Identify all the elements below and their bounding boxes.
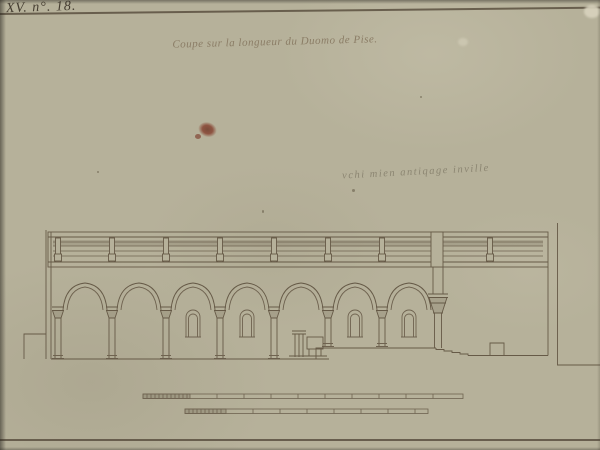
column-bases [52, 344, 388, 359]
scan-edge-left [0, 0, 6, 450]
window [401, 310, 417, 337]
window [185, 310, 201, 337]
paper-speck [97, 171, 99, 173]
floor-block [490, 343, 504, 356]
paper-speck [262, 210, 264, 213]
pointed-arch-inner [67, 287, 103, 310]
section-drawing [0, 0, 600, 450]
roof-structure [48, 232, 548, 267]
upper-scale-bar [143, 394, 463, 399]
right-wall [548, 223, 600, 365]
window [347, 310, 363, 337]
pointed-arch-inner [175, 287, 211, 310]
ink-stain-tail [195, 134, 201, 139]
column-shafts [55, 318, 385, 359]
paper-speck [352, 189, 355, 192]
outer-wall-line [558, 223, 600, 365]
chancel-steps [436, 348, 468, 356]
paper-speck [420, 96, 422, 98]
left-wall [24, 230, 51, 359]
floor-lines [51, 343, 548, 359]
scan-edge-top [0, 0, 600, 4]
pointed-arch-inner [391, 287, 427, 310]
window [239, 310, 255, 337]
lower-scale-bar [185, 409, 428, 414]
column-capitals [52, 307, 388, 318]
pointed-arch-inner [283, 287, 319, 310]
bottom-border-rule [0, 439, 600, 441]
arcade-columns [52, 307, 388, 359]
arcade-arches [63, 283, 431, 310]
altar [287, 331, 329, 359]
right-pier [428, 232, 448, 348]
pointed-arch-inner [337, 287, 373, 310]
paper-light-spot [458, 38, 468, 46]
scanned-drawing-sheet: { "sheet": { "catalog_number": "XV. n°. … [0, 0, 600, 450]
chancel-platform [316, 348, 436, 359]
pointed-arch-inner [121, 287, 157, 310]
pointed-arch-inner [229, 287, 265, 310]
